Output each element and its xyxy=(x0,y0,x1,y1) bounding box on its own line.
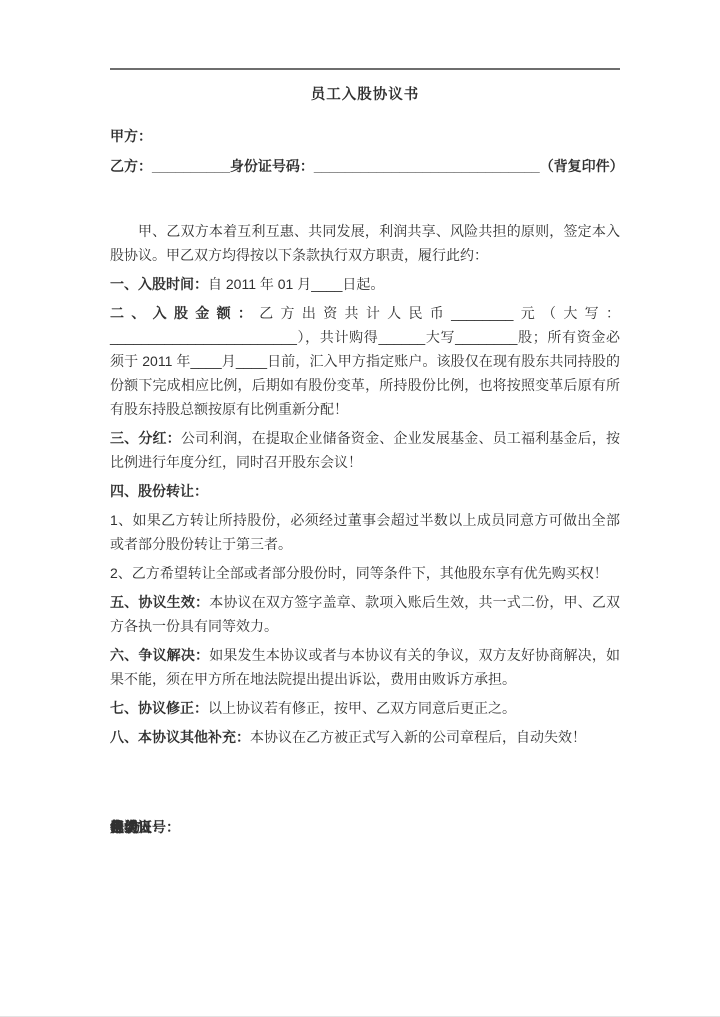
party-b-id-label: 身份证号码： xyxy=(230,158,314,174)
clause-amendment: 七、协议修正：以上协议若有修正，按甲、乙双方同意后更正之。 xyxy=(110,696,620,720)
clause-join-time: 一、入股时间：自 2011 年 01 月____日起。 xyxy=(110,272,620,296)
clause-label: 八、本协议其他补充： xyxy=(110,729,250,745)
clause-dispute: 六、争议解决：如果发生本协议或者与本协议有关的争议，双方友好协商解决，如果不能，… xyxy=(110,643,620,691)
party-b-name-blank: __________ xyxy=(152,158,230,174)
clause-text: 以上协议若有修正，按甲、乙双方同意后更正之。 xyxy=(208,700,516,716)
clause-transfer-item-2: 2、乙方希望转让全部或者部分股份时，同等条件下，其他股东享有优先购买权！ xyxy=(110,561,620,585)
clause-label: 五、协议生效： xyxy=(110,594,209,610)
clause-text: 如果乙方转让所持股份，必须经过董事会超过半数以上成员同意方可做出全部或者部分股份… xyxy=(110,512,620,552)
party-b-id-blank: _____________________________ xyxy=(314,158,540,174)
clause-label: 2、 xyxy=(110,565,132,581)
clause-amount: 二、入股金额：乙方出资共计人民币________元（大写：___________… xyxy=(110,301,620,421)
signature-block: 甲 方： 代表人： 乙 方： 身份证号： 电话： 签约日： 年 月 日 xyxy=(110,819,620,939)
clause-dividend: 三、分红：公司利润，在提取企业储备资金、企业发展基金、员工福利基金后，按比例进行… xyxy=(110,426,620,474)
document-title: 员工入股协议书 xyxy=(110,86,620,104)
document-page: 员工入股协议书 甲方： 乙方：__________身份证号码：_________… xyxy=(0,0,720,1017)
header-rule xyxy=(110,68,620,70)
signature-day-label: 日 xyxy=(110,819,124,835)
clause-transfer-item-1: 1、如果乙方转让所持股份，必须经过董事会超过半数以上成员同意方可做出全部或者部分… xyxy=(110,508,620,556)
preamble-paragraph: 甲、乙双方本着互利互惠、共同发展，利润共享、风险共担的原则，签定本入股协议。甲乙… xyxy=(110,219,620,267)
clause-label: 1、 xyxy=(110,512,132,528)
clause-text: 本协议在乙方被正式写入新的公司章程后，自动失效！ xyxy=(250,729,586,745)
clause-effectiveness: 五、协议生效：本协议在双方签字盖章、款项入账后生效，共一式二份，甲、乙双方各执一… xyxy=(110,590,620,638)
party-b-copy-note: （背复印件） xyxy=(540,158,624,174)
clause-share-transfer: 四、股份转让： xyxy=(110,479,620,503)
clause-label: 三、分红： xyxy=(110,430,181,446)
party-b-label: 乙方： xyxy=(110,158,152,174)
clause-label: 六、争议解决： xyxy=(110,647,209,663)
clause-text: 乙方出资共计人民币________元（大写：__________________… xyxy=(110,305,620,417)
clause-label: 一、入股时间： xyxy=(110,276,208,292)
clause-text: 公司利润，在提取企业储备资金、企业发展基金、员工福利基金后，按比例进行年度分红，… xyxy=(110,430,620,470)
clause-text: 自 2011 年 01 月____日起。 xyxy=(208,276,384,292)
clause-label: 四、股份转让： xyxy=(110,483,208,499)
party-a-label: 甲方： xyxy=(110,128,152,144)
party-a-line: 甲方： xyxy=(110,124,620,149)
clause-text: 乙方希望转让全部或者部分股份时，同等条件下，其他股东享有优先购买权！ xyxy=(132,565,608,581)
clause-supplement: 八、本协议其他补充：本协议在乙方被正式写入新的公司章程后，自动失效！ xyxy=(110,725,620,749)
clause-label: 七、协议修正： xyxy=(110,700,208,716)
party-b-line: 乙方：__________身份证号码：_____________________… xyxy=(110,154,620,179)
clause-label: 二、入股金额： xyxy=(110,305,259,321)
